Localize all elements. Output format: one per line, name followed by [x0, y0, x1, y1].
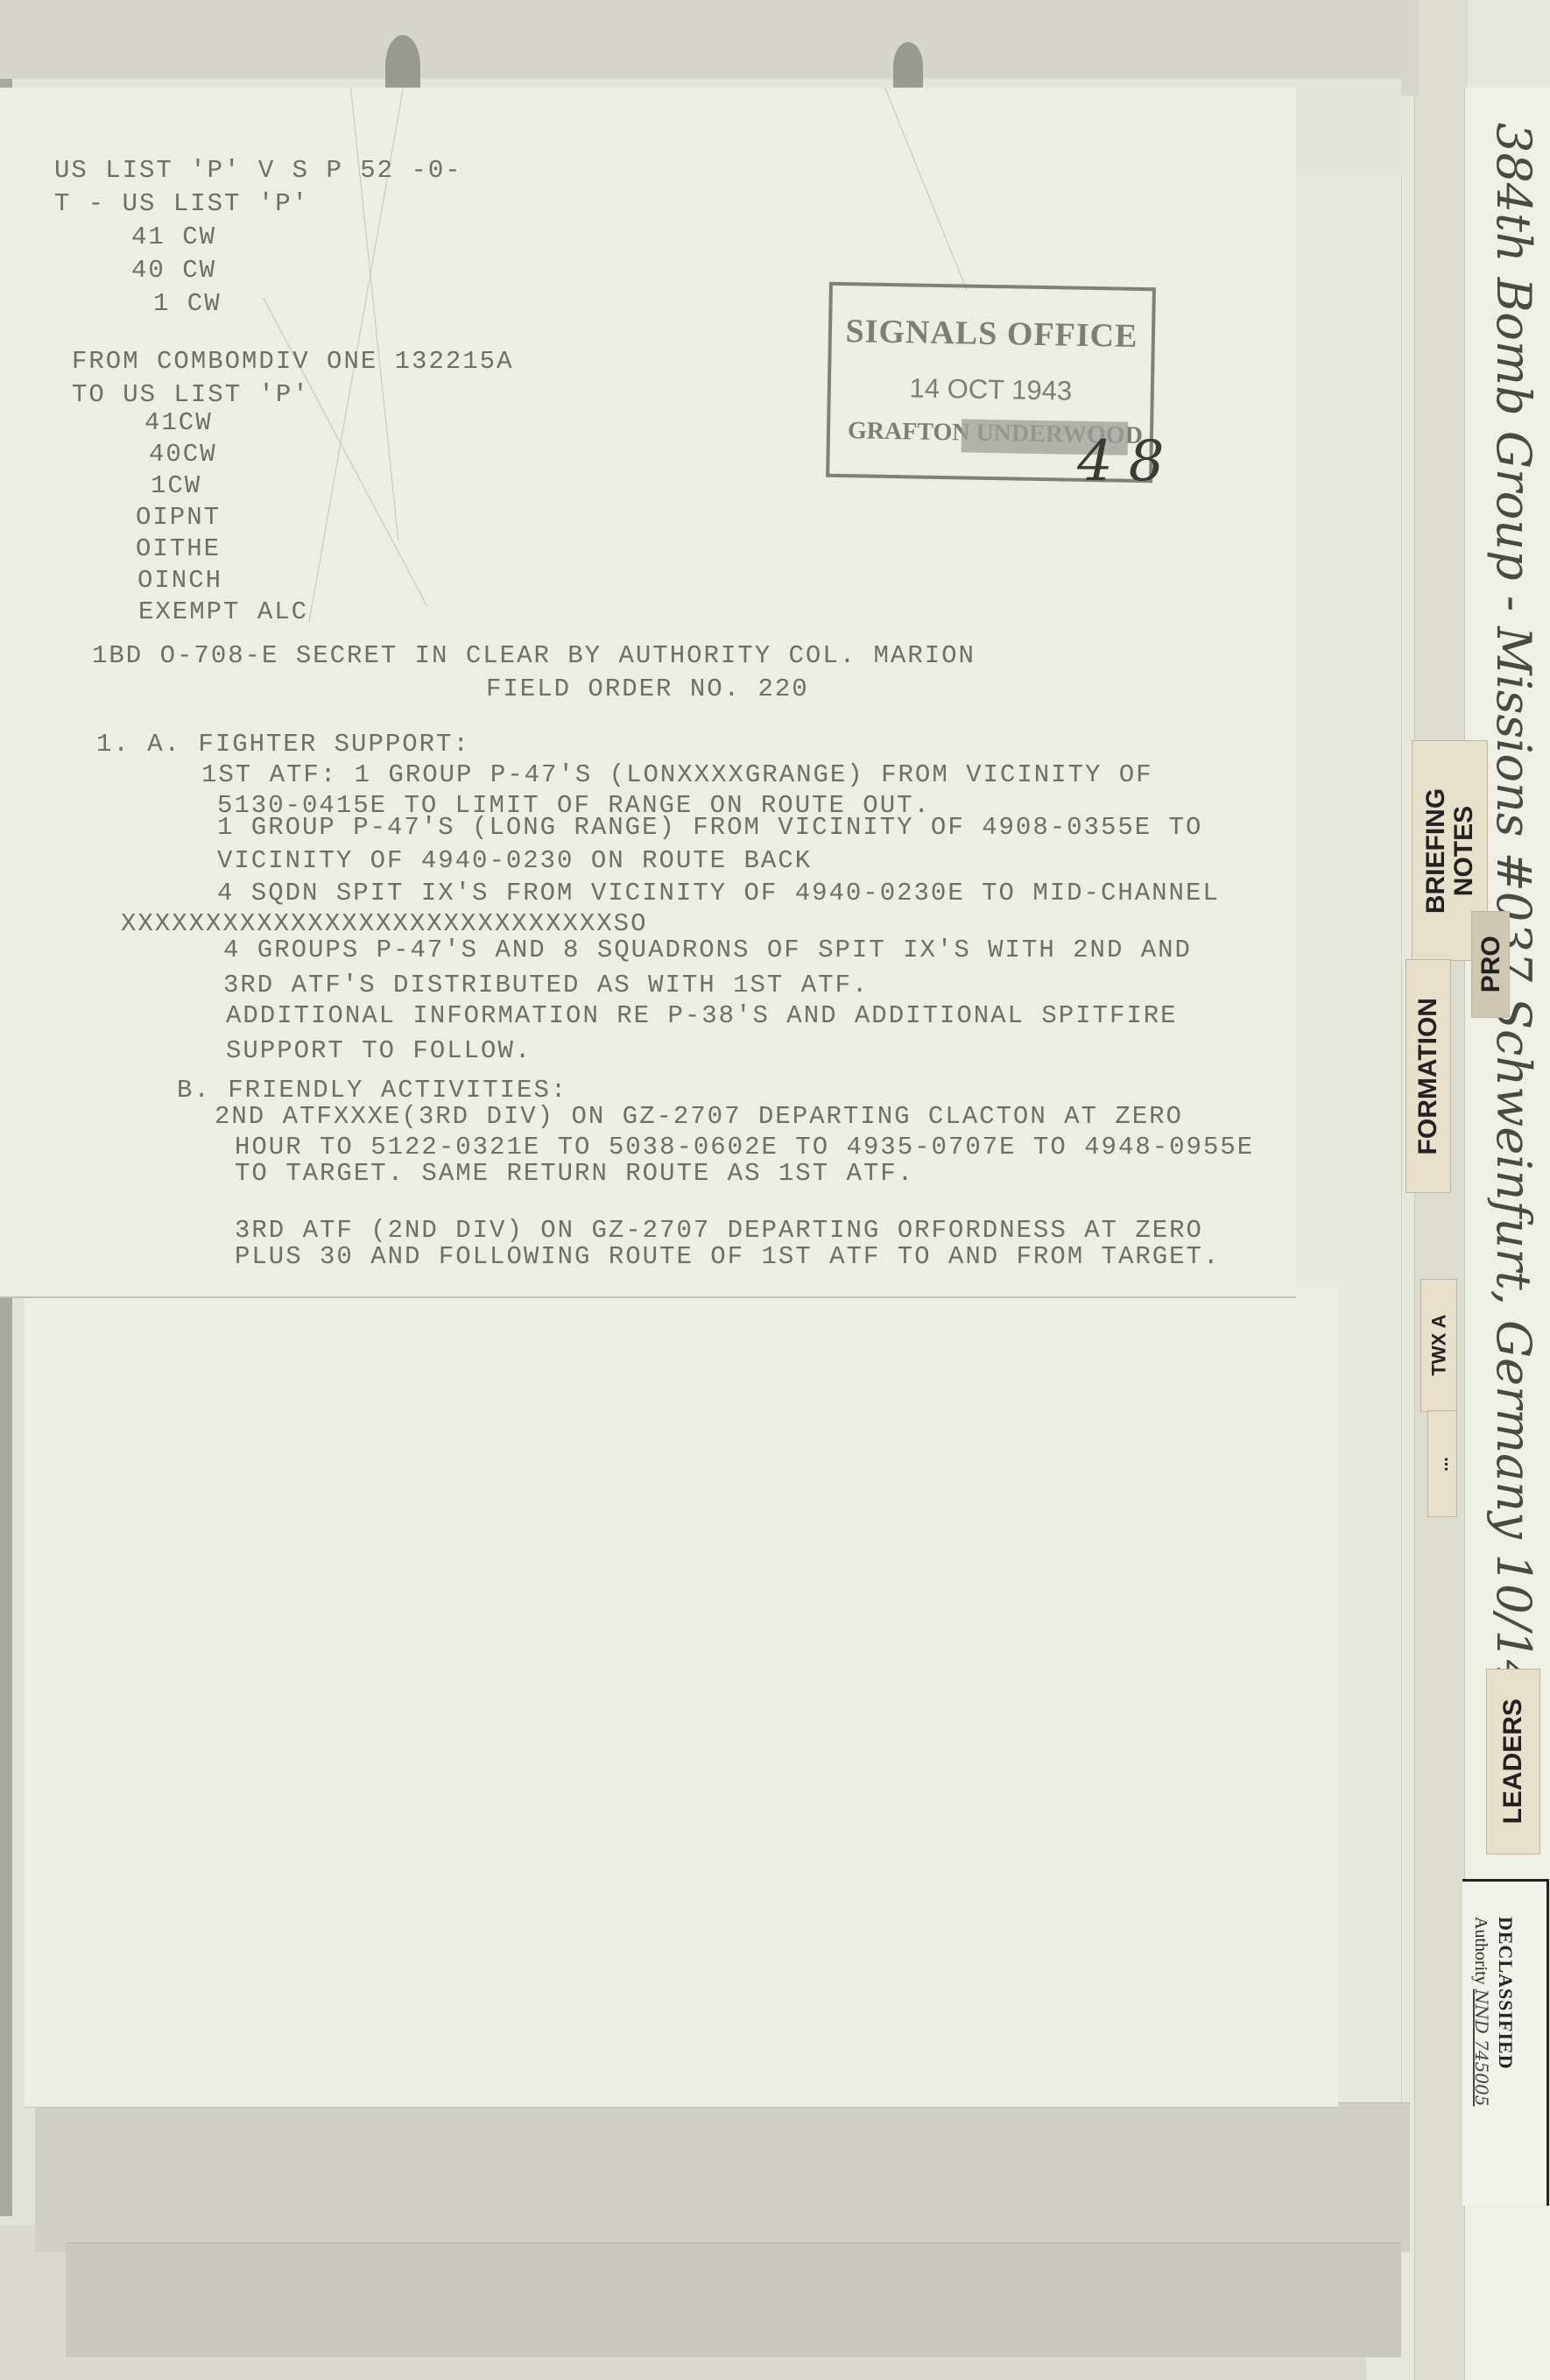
body-line: 4 SQDN SPIT IX'S FROM VICINITY OF 4940-0…	[217, 880, 1220, 906]
tab-leaders[interactable]: LEADERS	[1486, 1669, 1540, 1854]
tab-partial[interactable]: ...	[1427, 1410, 1457, 1517]
lower-blank-page	[25, 1288, 1338, 2108]
body-line: 3RD ATF (2ND DIV) ON GZ-2707 DEPARTING O…	[235, 1218, 1203, 1243]
addressee: 40CW	[149, 441, 217, 467]
struck-line: XXXXXXXXXXXXXXXXXXXXXXXXXXXXXSO	[121, 911, 648, 936]
paper-crease	[263, 298, 428, 608]
body-line: PLUS 30 AND FOLLOWING ROUTE OF 1ST ATF T…	[235, 1244, 1220, 1269]
body-line: 2ND ATFXXXE(3RD DIV) ON GZ-2707 DEPARTIN…	[215, 1104, 1183, 1129]
body-line: 1 GROUP P-47'S (LONG RANGE) FROM VICINIT…	[217, 815, 1202, 840]
punch-hole-right	[893, 42, 923, 90]
addressee: OITHE	[136, 536, 221, 561]
to-line: TO US LIST 'P'	[72, 382, 310, 407]
tab-pro[interactable]: PRO	[1471, 911, 1510, 1018]
field-order-title: FIELD ORDER NO. 220	[486, 676, 809, 702]
section-1a-heading: 1. A. FIGHTER SUPPORT:	[96, 731, 470, 757]
addressee: OIPNT	[136, 505, 221, 530]
tab-label: BRIEFING NOTES	[1422, 787, 1477, 913]
tab-label: TWX A	[1428, 1315, 1448, 1376]
body-line: SUPPORT TO FOLLOW.	[226, 1038, 532, 1063]
tab-formation[interactable]: FORMATION	[1406, 959, 1451, 1193]
section-b-heading: B. FRIENDLY ACTIVITIES:	[177, 1077, 567, 1103]
body-line: TO TARGET. SAME RETURN ROUTE AS 1ST ATF.	[235, 1161, 914, 1186]
declassified-authority: Authority NND 745005	[1470, 1917, 1492, 2107]
addressee: EXEMPT ALC	[138, 599, 308, 625]
tab-label: LEADERS	[1499, 1698, 1527, 1824]
punch-hole-left	[385, 35, 420, 96]
body-line: ADDITIONAL INFORMATION RE P-38'S AND ADD…	[226, 1003, 1178, 1028]
header-line: T - US LIST 'P'	[54, 191, 309, 216]
addressee: 41CW	[144, 410, 213, 435]
body-line: VICINITY OF 4940-0230 ON ROUTE BACK	[217, 848, 812, 873]
addressee: OINCH	[137, 568, 222, 593]
stamp-date: 14 OCT 1943	[831, 371, 1152, 408]
handwritten-page-number: 48	[1077, 429, 1180, 494]
authority-value: NND 745005	[1471, 1989, 1492, 2107]
authority-line: 1BD O-708-E SECRET IN CLEAR BY AUTHORITY…	[92, 643, 976, 668]
body-line: 4 GROUPS P-47'S AND 8 SQUADRONS OF SPIT …	[223, 937, 1192, 963]
bottom-sheet-2	[66, 2242, 1401, 2357]
stamp-title: SIGNALS OFFICE	[832, 312, 1152, 356]
body-line: 1ST ATF: 1 GROUP P-47'S (LONXXXXGRANGE) …	[201, 762, 1153, 787]
from-line: FROM COMBOMDIV ONE 132215A	[72, 349, 513, 374]
tab-twx[interactable]: TWX A	[1420, 1279, 1457, 1412]
header-line: US LIST 'P' V S P 52 -0-	[54, 158, 462, 183]
declassified-title: DECLASSIFIED	[1494, 1917, 1517, 2070]
tab-label: PRO	[1476, 936, 1504, 992]
authority-label: Authority	[1471, 1917, 1490, 1985]
paper-crease	[884, 88, 968, 291]
declassified-label: DECLASSIFIED Authority NND 745005	[1462, 1879, 1549, 2206]
header-line: 41 CW	[131, 224, 216, 250]
tab-label: ...	[1433, 1457, 1451, 1472]
bottom-sheet-1: eng - Rev	[35, 2102, 1410, 2252]
addressee: 1CW	[151, 473, 201, 498]
header-line: 1 CW	[153, 291, 222, 316]
body-line: 3RD ATF'S DISTRIBUTED AS WITH 1ST ATF.	[223, 972, 869, 998]
body-line: HOUR TO 5122-0321E TO 5038-0602E TO 4935…	[235, 1134, 1254, 1160]
telegram-document: US LIST 'P' V S P 52 -0- T - US LIST 'P'…	[0, 88, 1296, 1298]
tab-label: FORMATION	[1414, 998, 1442, 1155]
header-line: 40 CW	[131, 258, 216, 283]
